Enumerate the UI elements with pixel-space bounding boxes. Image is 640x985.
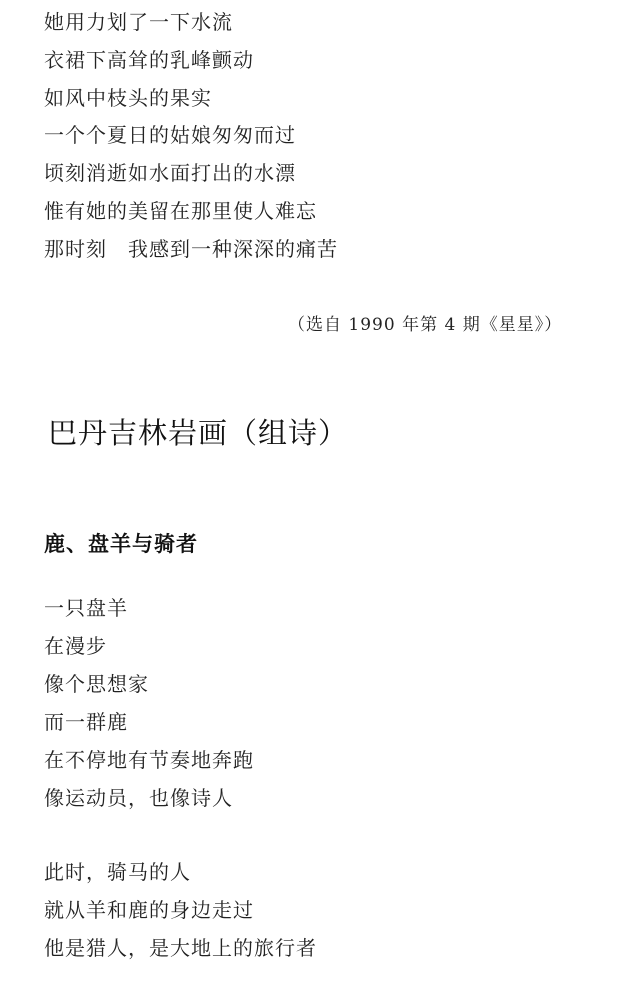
poem-line: 如风中枝头的果实	[44, 86, 212, 110]
poem-group-title: 巴丹吉林岩画（组诗）	[48, 415, 348, 451]
poem-line: 顷刻消逝如水面打出的水漂	[44, 161, 296, 185]
poem-line: 像运动员，也像诗人	[44, 786, 233, 810]
poem-line: 在漫步	[44, 634, 107, 658]
poem-line: 此时，骑马的人	[44, 860, 191, 884]
poem-line: 惟有她的美留在那里使人难忘	[44, 199, 317, 223]
poem-line: 像个思想家	[44, 672, 149, 696]
poem-line: 一个个夏日的姑娘匆匆而过	[44, 123, 296, 147]
poem-line: 那时刻 我感到一种深深的痛苦	[44, 237, 338, 261]
poem-line: 就从羊和鹿的身边走过	[44, 898, 254, 922]
poem-line: 衣裙下高耸的乳峰颤动	[44, 48, 254, 72]
poem-line: 而一群鹿	[44, 710, 128, 734]
poem-line: 他是猎人，是大地上的旅行者	[44, 936, 317, 960]
poem-title: 鹿、盘羊与骑者	[44, 531, 198, 557]
poem-line: 她用力划了一下水流	[44, 10, 233, 34]
poem-line: 一只盘羊	[44, 596, 128, 620]
source-note: （选自 1990 年第 4 期《星星》）	[288, 314, 562, 336]
poem-line: 在不停地有节奏地奔跑	[44, 748, 254, 772]
